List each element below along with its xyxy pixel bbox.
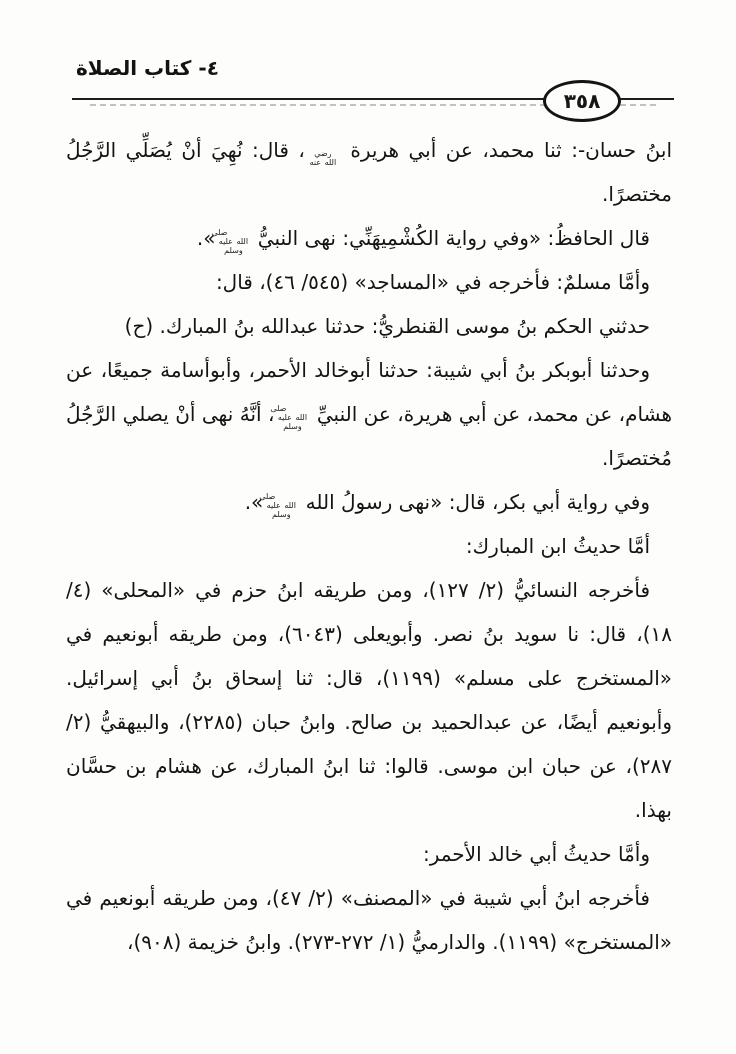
page-header: ٤- كتاب الصلاة ٣٥٨ — [0, 0, 736, 118]
paragraph: أمَّا حديثُ ابن المبارك: — [66, 524, 672, 568]
text-run: وأمَّا مسلمٌ: فأخرجه في «المساجد» (٥٤٥/ … — [216, 270, 650, 294]
pbuh-seal-icon: صلى الله عليه وسلم — [265, 493, 297, 519]
book-page: ٤- كتاب الصلاة ٣٥٨ ابنُ حسان-: ثنا محمد،… — [0, 0, 736, 1054]
paragraph: وفي رواية أبي بكر، قال: «نهى رسولُ الله … — [66, 480, 672, 524]
text-body: ابنُ حسان-: ثنا محمد، عن أبي هريرة رضي ا… — [66, 128, 672, 964]
chapter-title: ٤- كتاب الصلاة — [76, 56, 219, 80]
text-run: فأخرجه النسائيُّ (٢/ ١٢٧)، ومن طريقه ابن… — [66, 578, 672, 822]
text-run: وأمَّا حديثُ أبي خالد الأحمر: — [423, 842, 650, 866]
text-run: وفي رواية أبي بكر، قال: «نهى رسولُ الله — [299, 490, 650, 514]
pbuh-seal-icon: صلى الله عليه وسلم — [276, 405, 308, 431]
paragraph: قال الحافظُ: «وفي رواية الكُشْمِيهَنِّي:… — [66, 216, 672, 260]
paragraph: وأمَّا حديثُ أبي خالد الأحمر: — [66, 832, 672, 876]
text-run: فأخرجه ابنُ أبي شيبة في «المصنف» (٢/ ٤٧)… — [66, 886, 672, 954]
text-run: حدثني الحكم بنُ موسى القنطريُّ: حدثنا عب… — [125, 314, 650, 338]
text-run: قال الحافظُ: «وفي رواية الكُشْمِيهَنِّي:… — [251, 226, 650, 250]
paragraph: فأخرجه ابنُ أبي شيبة في «المصنف» (٢/ ٤٧)… — [66, 876, 672, 964]
paragraph: فأخرجه النسائيُّ (٢/ ١٢٧)، ومن طريقه ابن… — [66, 568, 672, 832]
page-number: ٣٥٨ — [564, 89, 601, 113]
text-run: أمَّا حديثُ ابن المبارك: — [466, 534, 650, 558]
paragraph: وأمَّا مسلمٌ: فأخرجه في «المساجد» (٥٤٥/ … — [66, 260, 672, 304]
paragraph: وحدثنا أبوبكر بنُ أبي شيبة: حدثنا أبوخال… — [66, 348, 672, 480]
page-number-badge: ٣٥٨ — [543, 80, 621, 122]
paragraph: ابنُ حسان-: ثنا محمد، عن أبي هريرة رضي ا… — [66, 128, 672, 216]
paragraph: حدثني الحكم بنُ موسى القنطريُّ: حدثنا عب… — [66, 304, 672, 348]
text-run: ابنُ حسان-: ثنا محمد، عن أبي هريرة — [341, 138, 672, 162]
radiallahu-anhu-seal-icon: رضي الله عنه — [307, 150, 339, 168]
pbuh-seal-icon: صلى الله عليه وسلم — [217, 229, 249, 255]
